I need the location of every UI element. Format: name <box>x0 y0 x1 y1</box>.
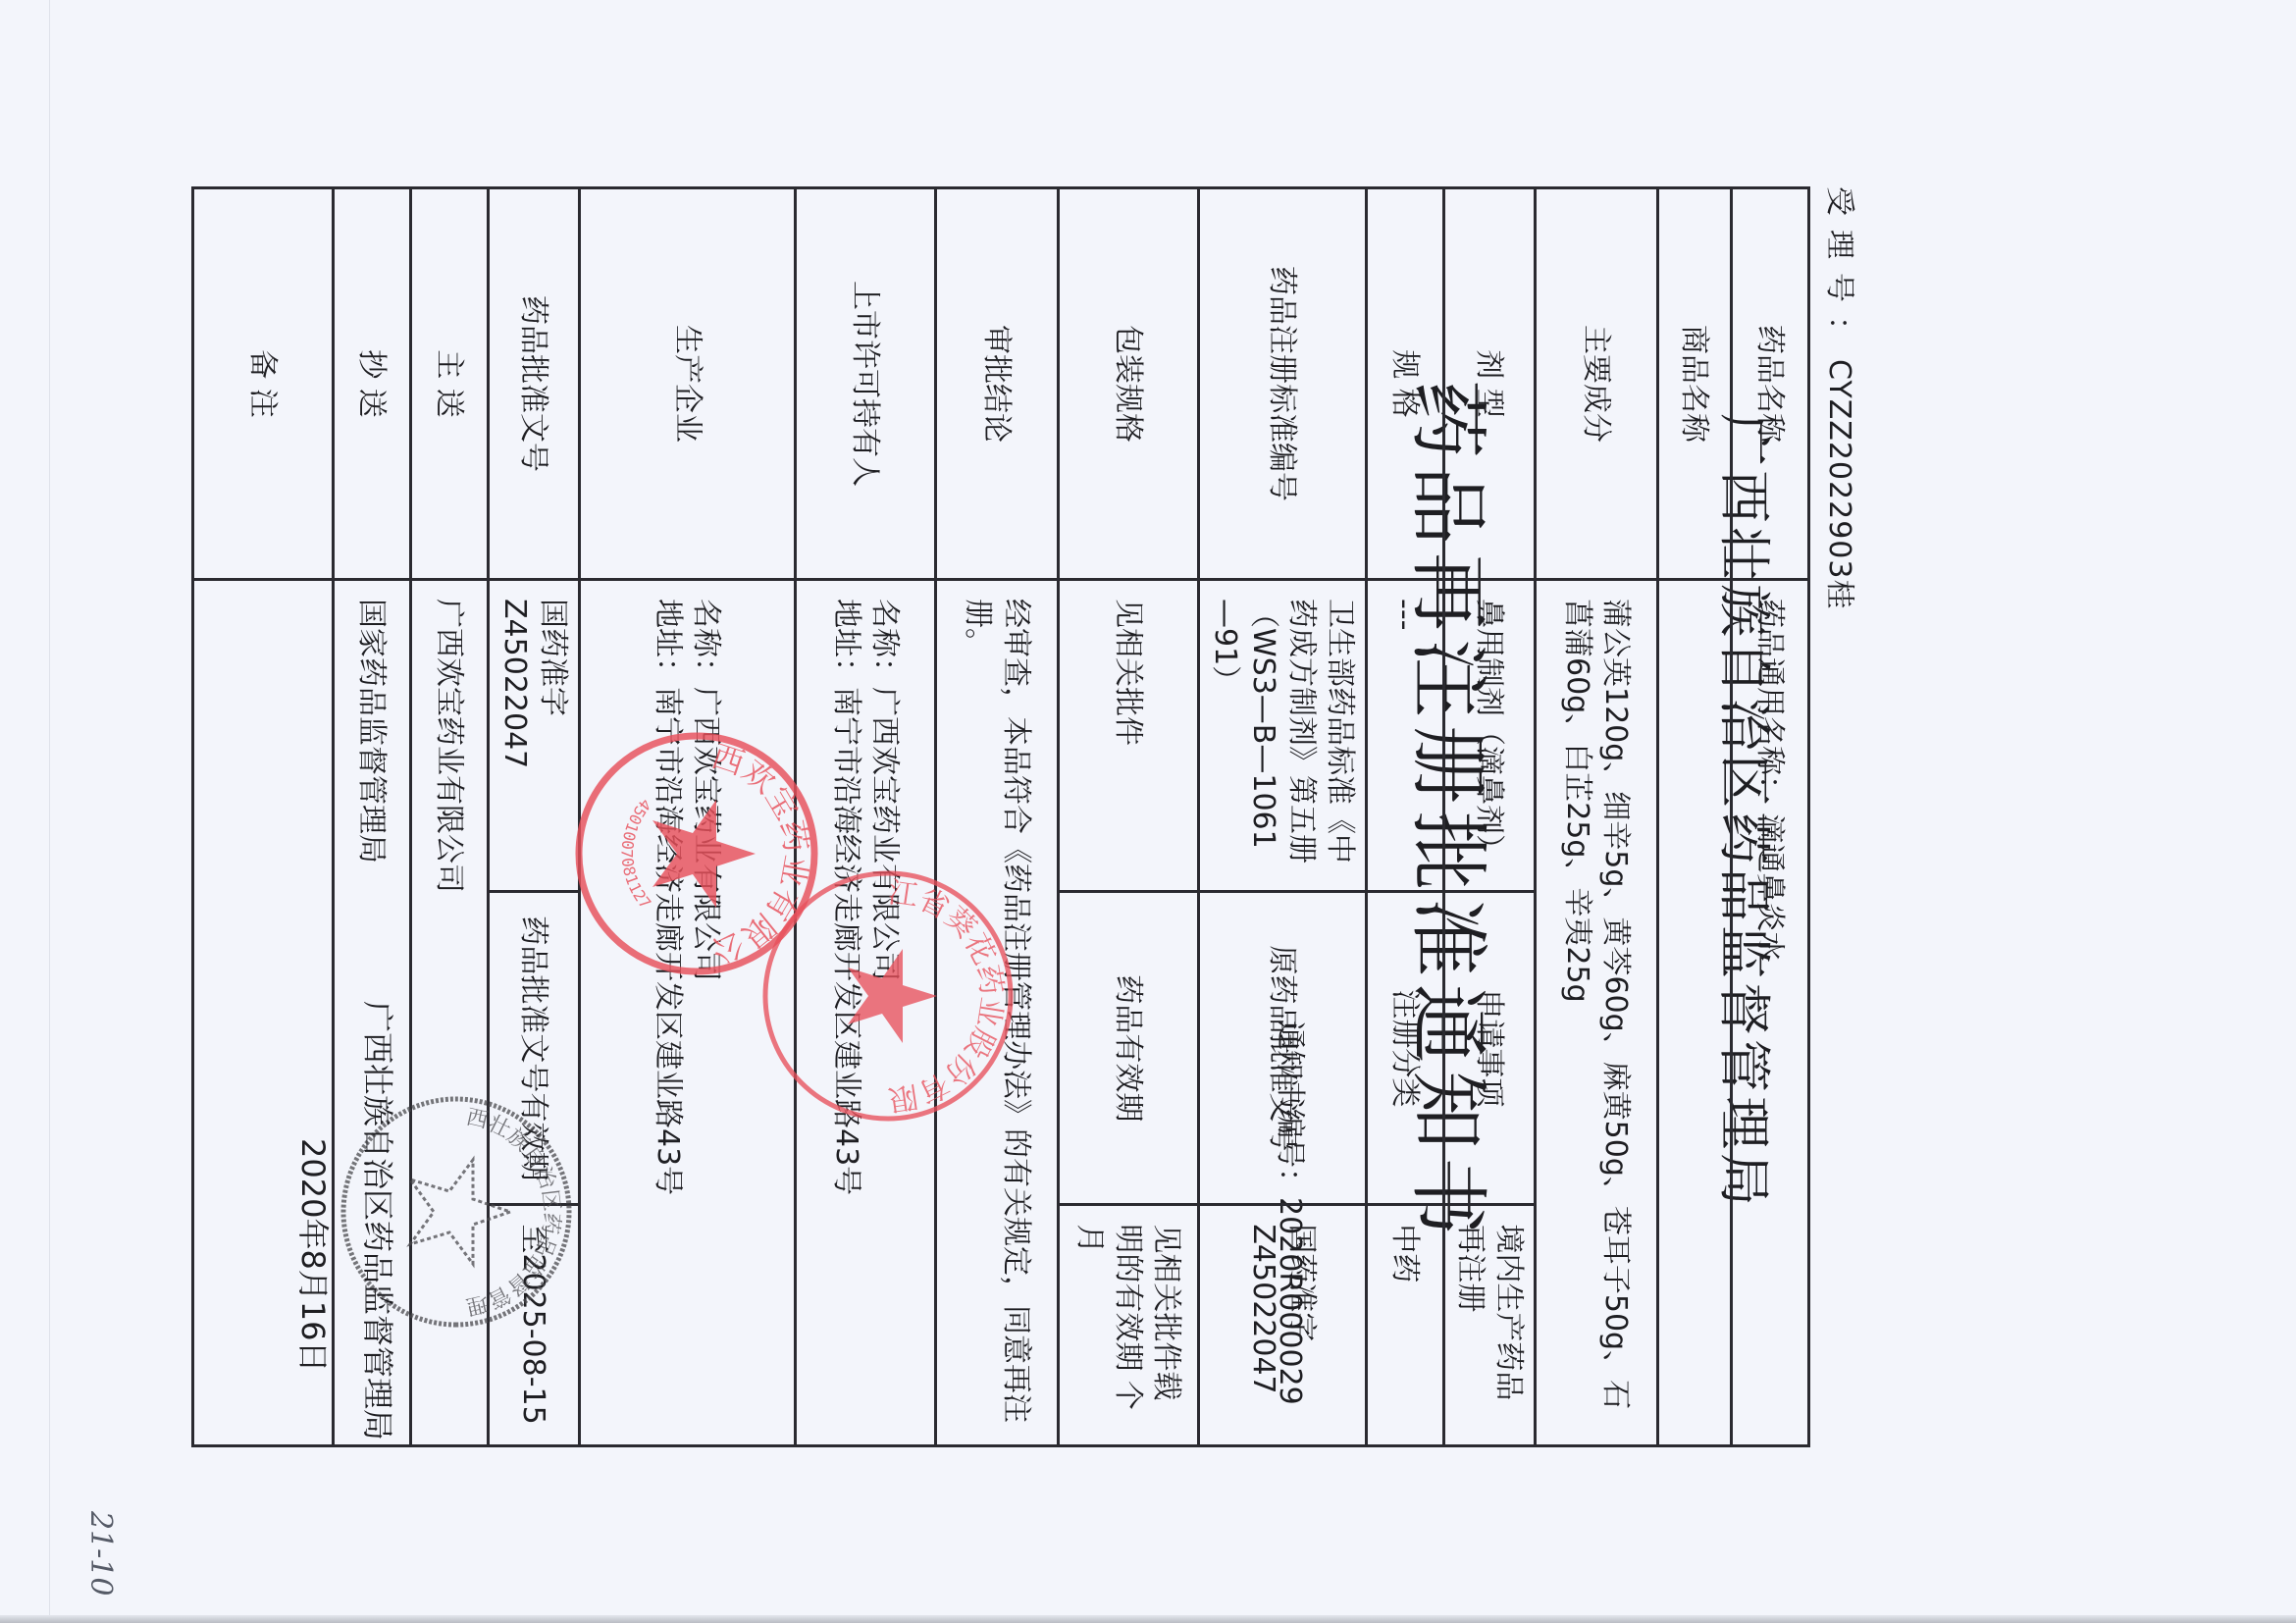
seal-text: 广西壮族自治区药品监督管理局 <box>464 1089 579 1319</box>
manufacturer-address: 地址：南宁市沿海经济走廊开发区建业路43号 <box>650 599 688 1427</box>
dosage-form-value: 鼻用制剂（滴鼻剂） <box>1444 580 1536 892</box>
registration-category-label: 注册分类 <box>1367 892 1444 1205</box>
packaging-value: 见相关批件 <box>1059 580 1199 892</box>
issuer-name: 广西壮族自治区药品监督管理局 <box>359 1001 396 1440</box>
seal-code: 4501007081127 <box>618 795 655 913</box>
original-approval-number-value: 国药准字Z45022047 <box>1199 1205 1367 1446</box>
standard-number-label: 药品注册标准编号 <box>1199 188 1367 580</box>
drug-name-value: 药品通用名称： 滴通鼻炎水 <box>1732 580 1809 1446</box>
acceptance-number-label: 受理号： <box>1822 186 1856 359</box>
table-row: 规 格 --- 注册分类 中药 <box>1367 188 1444 1446</box>
ingredients-value: 蒲公英120g、细辛5g、黄芩60g、麻黄50g、苍耳子50g、石菖蒲60g、白… <box>1536 580 1658 1446</box>
conclusion-label: 审批结论 <box>936 188 1059 580</box>
specification-value: --- <box>1367 580 1444 892</box>
trade-name-value <box>1658 580 1732 1446</box>
rotated-document-page: 广西壮族自治区药品监督管理局 药品再注册批准通知书 受理号：CYZZ202290… <box>0 0 2296 1623</box>
trade-name-label: 商品名称 <box>1658 188 1732 580</box>
issue-date: 2020年8月16日 <box>292 1138 338 1590</box>
star-icon <box>410 1160 510 1264</box>
table-row: 商品名称 <box>1658 188 1732 1446</box>
approval-number-label: 药品批准文号 <box>489 188 580 580</box>
acceptance-number-value: CYZZ2022903桂 <box>1822 359 1856 609</box>
approval-number-value: 国药准字Z45022047 <box>489 580 580 892</box>
shelf-life-label: 药品有效期 <box>1059 892 1199 1205</box>
star-icon <box>652 800 756 908</box>
original-approval-number-label: 原药品批准文号 <box>1199 892 1367 1205</box>
remarks-label: 备 注 <box>193 188 334 580</box>
ingredients-label: 主要成分 <box>1536 188 1658 580</box>
second-company-seal-stamp: 黑龙江省葵花药业股份有限公司 <box>756 864 1020 1128</box>
shelf-life-value: 见相关批件载明的有效期 个月 <box>1059 1205 1199 1446</box>
packaging-label: 包装规格 <box>1059 188 1199 580</box>
table-row: 包装规格 见相关批件 药品有效期 见相关批件载明的有效期 个月 <box>1059 188 1199 1446</box>
table-row: 药品注册标准编号 卫生部药品标准《中药成方制剂》第五册（WS3—B—1061—9… <box>1199 188 1367 1446</box>
cc-label: 抄 送 <box>334 188 411 580</box>
dosage-form-label: 剂 型 <box>1444 188 1536 580</box>
table-row: 剂 型 鼻用制剂（滴鼻剂） 申请事项 境内生产药品再注册 <box>1444 188 1536 1446</box>
manufacturer-name: 名称：广西欢宝药业有限公司 <box>688 599 726 1427</box>
scan-edge <box>0 1615 2296 1623</box>
table-row: 审批结论 经审查，本品符合《药品注册管理办法》的有关规定，同意再注册。 <box>936 188 1059 1446</box>
handwritten-note: 21-10 <box>83 1511 118 1596</box>
standard-number-value: 卫生部药品标准《中药成方制剂》第五册（WS3—B—1061—91） <box>1199 580 1367 892</box>
star-icon <box>848 949 937 1043</box>
drug-name-label: 药品名称 <box>1732 188 1809 580</box>
manufacturer-label: 生产企业 <box>580 188 796 580</box>
application-item-label: 申请事项 <box>1444 892 1536 1205</box>
table-row: 主要成分 蒲公英120g、细辛5g、黄芩60g、麻黄50g、苍耳子50g、石菖蒲… <box>1536 188 1658 1446</box>
acceptance-number: 受理号：CYZZ2022903桂 <box>1821 186 1864 609</box>
specification-label: 规 格 <box>1367 188 1444 580</box>
registration-category-value: 中药 <box>1367 1205 1444 1446</box>
issuer-signature-block: 广西壮族自治区药品监督管理局 2020年8月16日 <box>292 1001 402 1590</box>
mah-label: 上市许可持有人 <box>796 188 936 580</box>
table-row: 药品名称 药品通用名称： 滴通鼻炎水 <box>1732 188 1809 1446</box>
main-recipient-label: 主 送 <box>411 188 489 580</box>
application-item-value: 境内生产药品再注册 <box>1444 1205 1536 1446</box>
